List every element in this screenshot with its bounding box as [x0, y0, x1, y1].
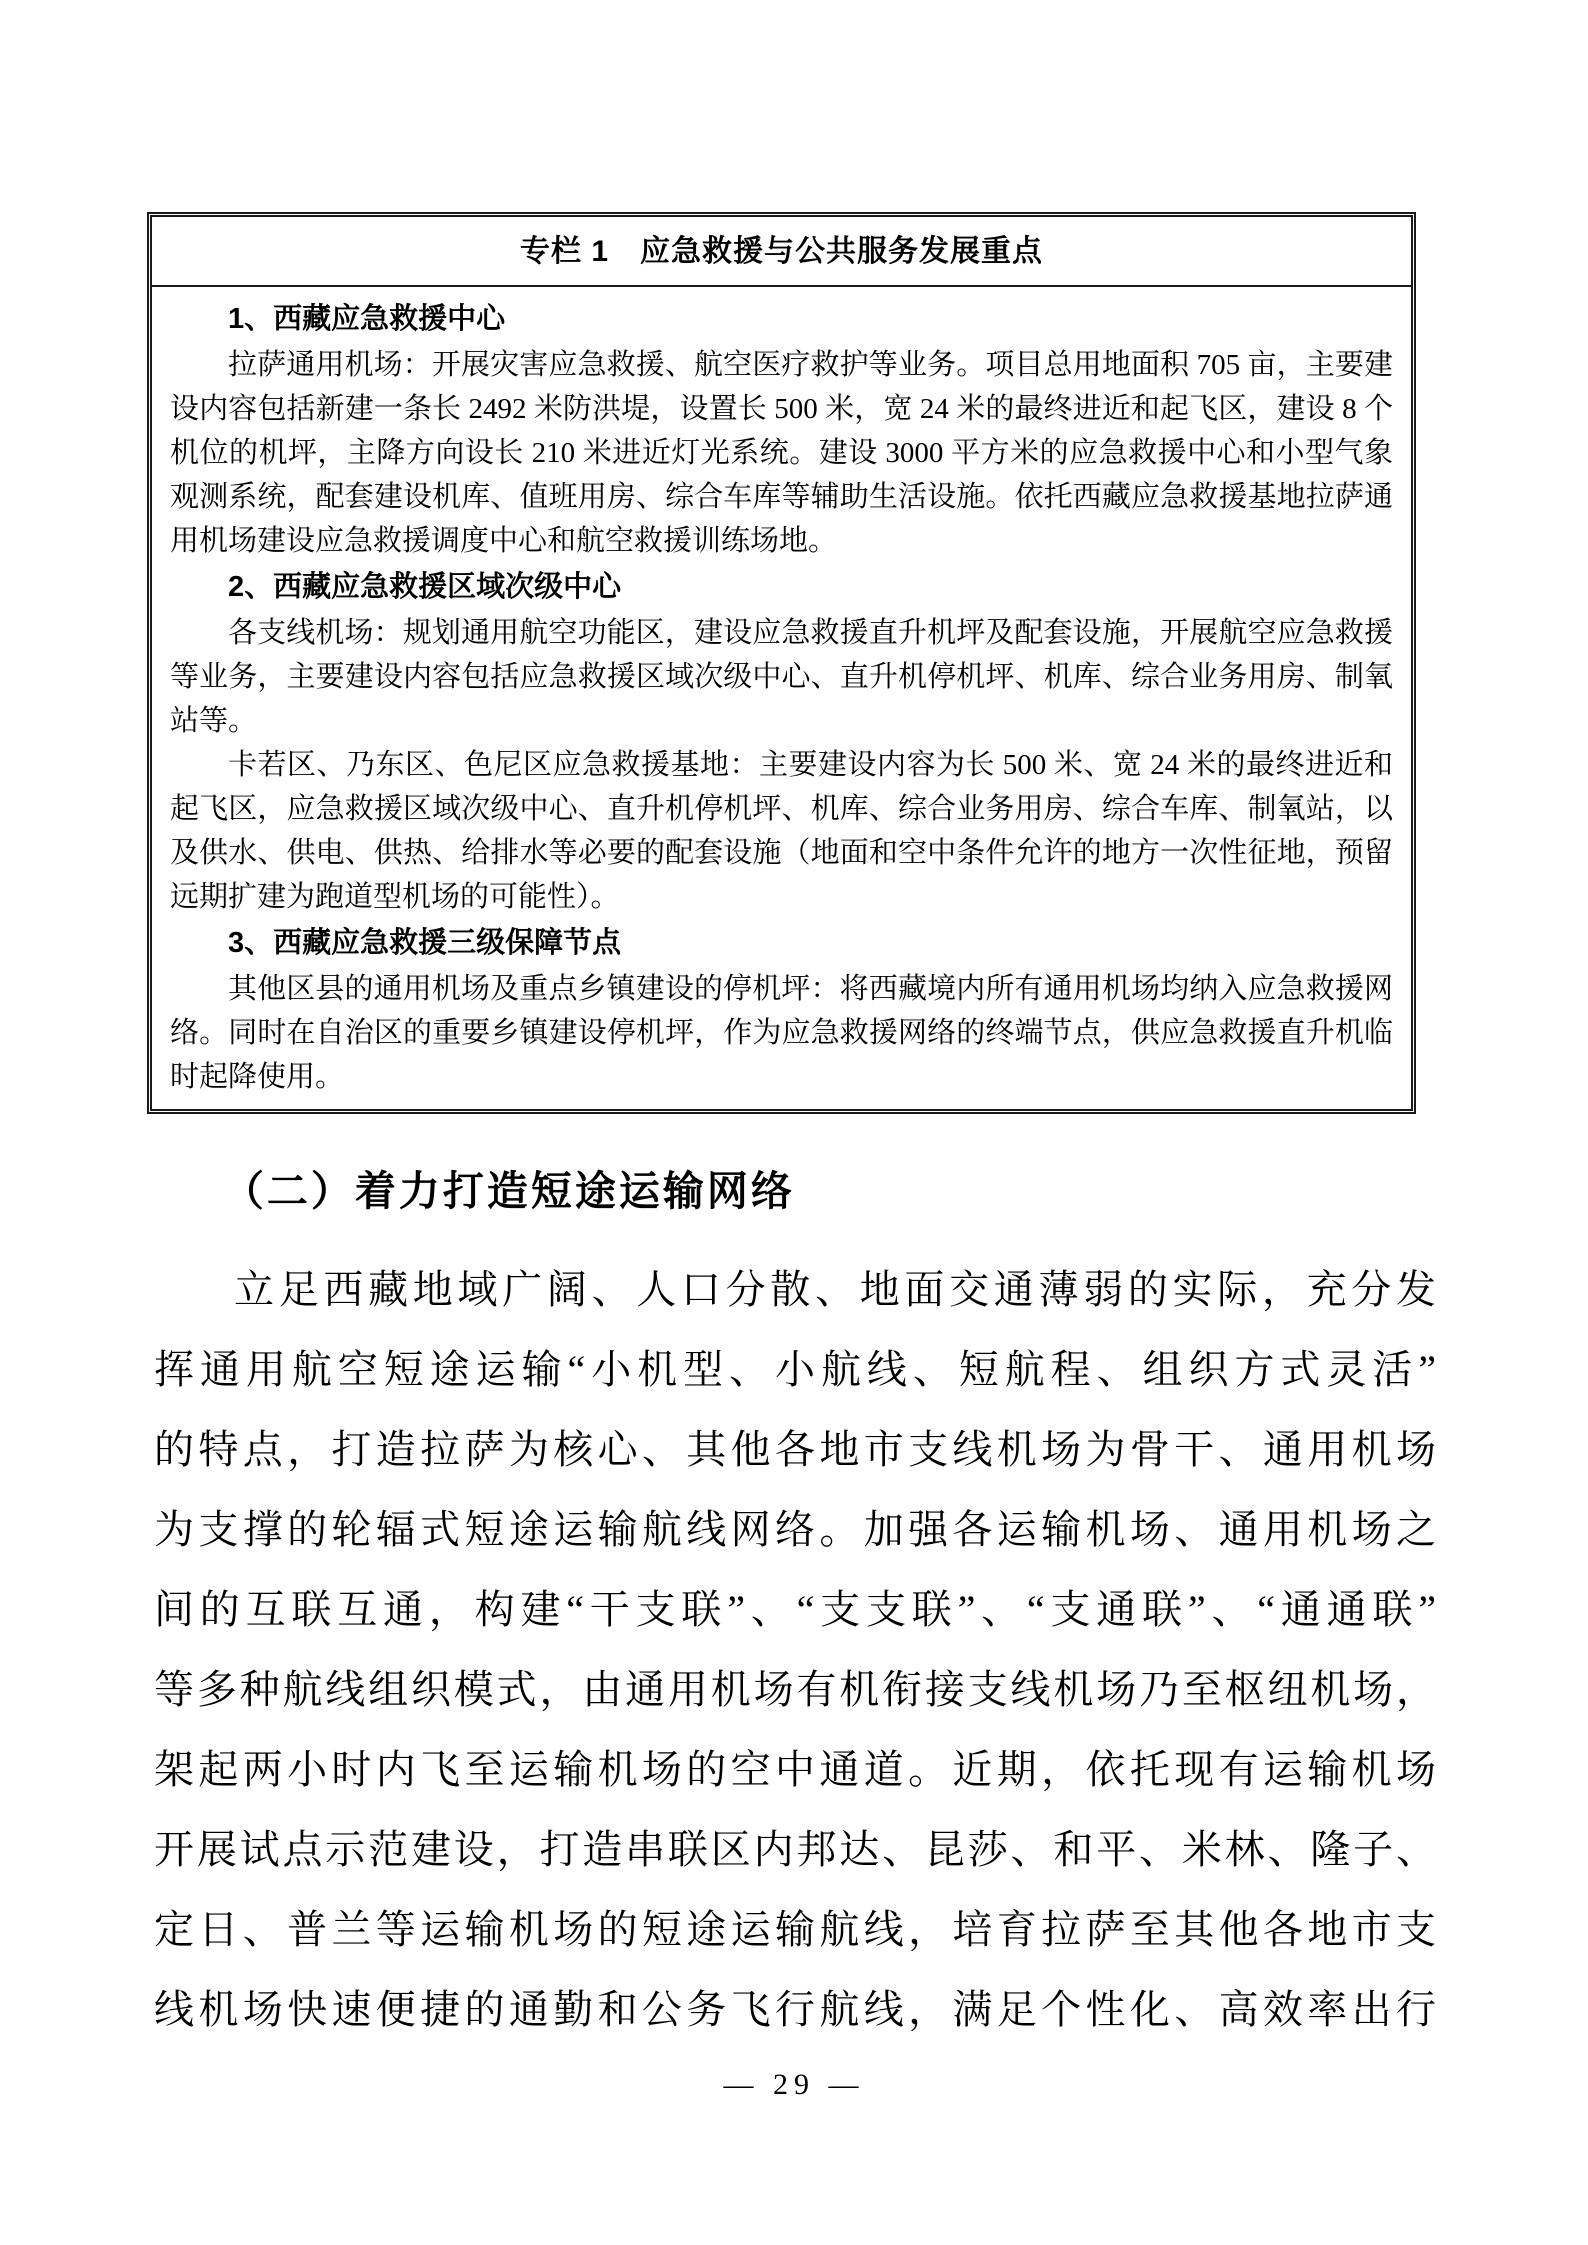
body-line: 为支撑的轮辐式短途运输航线网络。加强各运输机场、通用机场之 [154, 1490, 1436, 1570]
body-line: 挥通用航空短途运输“小机型、小航线、短航程、组织方式灵活” [154, 1330, 1436, 1410]
callout-title: 专栏 1 应急救援与公共服务发展重点 [152, 217, 1411, 287]
callout-paragraph: 拉萨通用机场：开展灾害应急救援、航空医疗救护等业务。项目总用地面积 705 亩，… [170, 343, 1393, 563]
callout-section-1-heading: 1、西藏应急救援中心 [170, 297, 1393, 341]
callout-section-2-heading: 2、西藏应急救援区域次级中心 [170, 565, 1393, 609]
body-line: 开展试点示范建设，打造串联区内邦达、昆莎、和平、米林、隆子、 [154, 1810, 1436, 1890]
callout-body: 1、西藏应急救援中心 拉萨通用机场：开展灾害应急救援、航空医疗救护等业务。项目总… [152, 287, 1411, 1109]
body-line: 间的互联互通，构建“干支联”、“支支联”、“支通联”、“通通联” [154, 1570, 1436, 1650]
body-line: 线机场快速便捷的通勤和公务飞行航线，满足个性化、高效率出行 [154, 1970, 1436, 2050]
callout-paragraph: 其他区县的通用机场及重点乡镇建设的停机坪：将西藏境内所有通用机场均纳入应急救援网… [170, 967, 1393, 1099]
document-page: 专栏 1 应急救援与公共服务发展重点 1、西藏应急救援中心 拉萨通用机场：开展灾… [0, 0, 1588, 2245]
body-line: 的特点，打造拉萨为核心、其他各地市支线机场为骨干、通用机场 [154, 1410, 1436, 1490]
section-heading: （二）着力打造短途运输网络 [147, 1158, 1437, 1217]
callout-box: 专栏 1 应急救援与公共服务发展重点 1、西藏应急救援中心 拉萨通用机场：开展灾… [147, 212, 1416, 1114]
callout-section-3-heading: 3、西藏应急救援三级保障节点 [170, 921, 1393, 965]
callout-paragraph: 各支线机场：规划通用航空功能区，建设应急救援直升机坪及配套设施，开展航空应急救援… [170, 611, 1393, 743]
body-line: 立足西藏地域广阔、人口分散、地面交通薄弱的实际，充分发 [154, 1250, 1436, 1330]
body-line: 定日、普兰等运输机场的短途运输航线，培育拉萨至其他各地市支 [154, 1890, 1436, 1970]
callout-paragraph: 卡若区、乃东区、色尼区应急救援基地：主要建设内容为长 500 米、宽 24 米的… [170, 743, 1393, 919]
body-line: 等多种航线组织模式，由通用机场有机衔接支线机场乃至枢纽机场， [154, 1650, 1436, 1730]
body-line: 架起两小时内飞至运输机场的空中通道。近期，依托现有运输机场 [154, 1730, 1436, 1810]
page-number: — 29 — [0, 2068, 1588, 2102]
body-paragraph: 立足西藏地域广阔、人口分散、地面交通薄弱的实际，充分发 挥通用航空短途运输“小机… [154, 1250, 1436, 2050]
